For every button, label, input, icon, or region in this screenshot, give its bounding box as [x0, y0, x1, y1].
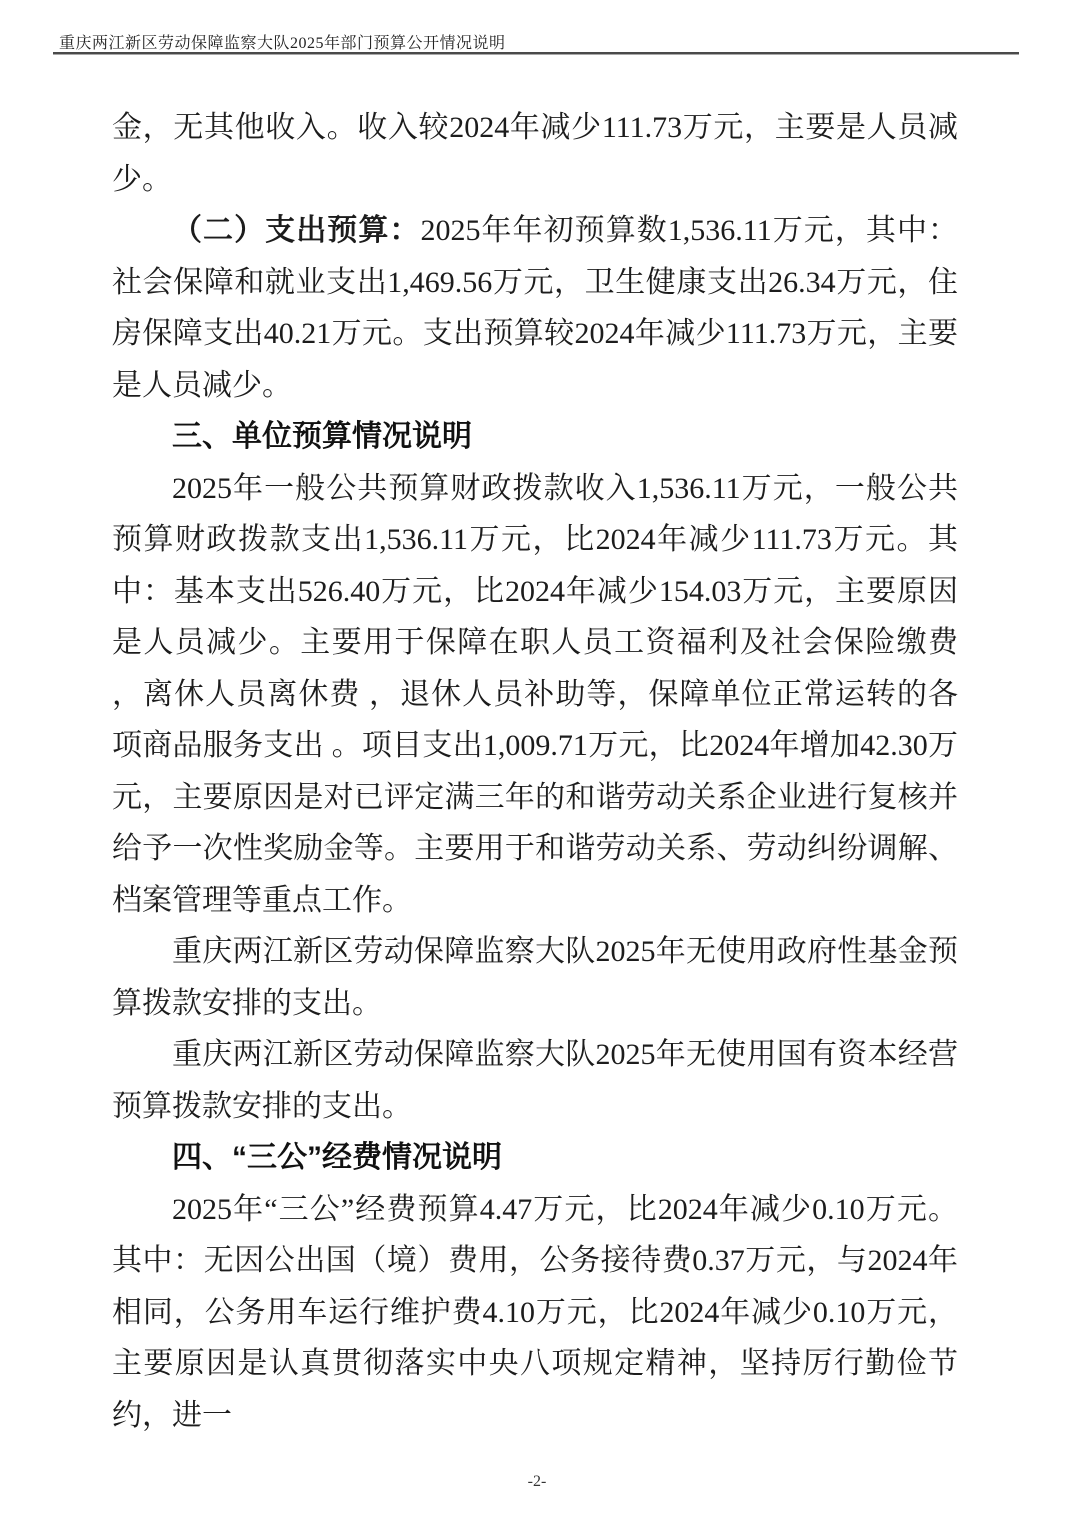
paragraph-lead-label: （二）支出预算：: [172, 214, 420, 247]
section-heading-three-public-funds: 四、“三公”经费情况说明: [112, 1132, 958, 1184]
body-paragraph-unit-budget-detail: 2025年一般公共预算财政拨款收入1,536.11万元，一般公共预算财政拨款支出…: [112, 463, 958, 927]
section-heading-unit-budget: 三、单位预算情况说明: [112, 411, 958, 463]
body-paragraph-state-capital: 重庆两江新区劳动保障监察大队2025年无使用国有资本经营预算拨款安排的支出。: [112, 1029, 958, 1132]
body-paragraph-three-public-funds-detail: 2025年“三公”经费预算4.47万元，比2024年减少0.10万元。其中：无因…: [112, 1184, 958, 1442]
page-number: -2-: [0, 1473, 1074, 1491]
header-rule: [53, 52, 1019, 54]
document-body: 金，无其他收入。收入较2024年减少111.73万元，主要是人员减少。 （二）支…: [112, 102, 958, 1441]
document-page: 重庆两江新区劳动保障监察大队2025年部门预算公开情况说明 金，无其他收入。收入…: [0, 0, 1074, 1520]
body-paragraph-government-fund: 重庆两江新区劳动保障监察大队2025年无使用政府性基金预算拨款安排的支出。: [112, 926, 958, 1029]
body-paragraph-expenditure: （二）支出预算：2025年年初预算数1,536.11万元，其中：社会保障和就业支…: [112, 205, 958, 411]
page-header-title: 重庆两江新区劳动保障监察大队2025年部门预算公开情况说明: [59, 30, 506, 53]
body-paragraph-continuation: 金，无其他收入。收入较2024年减少111.73万元，主要是人员减少。: [112, 102, 958, 205]
